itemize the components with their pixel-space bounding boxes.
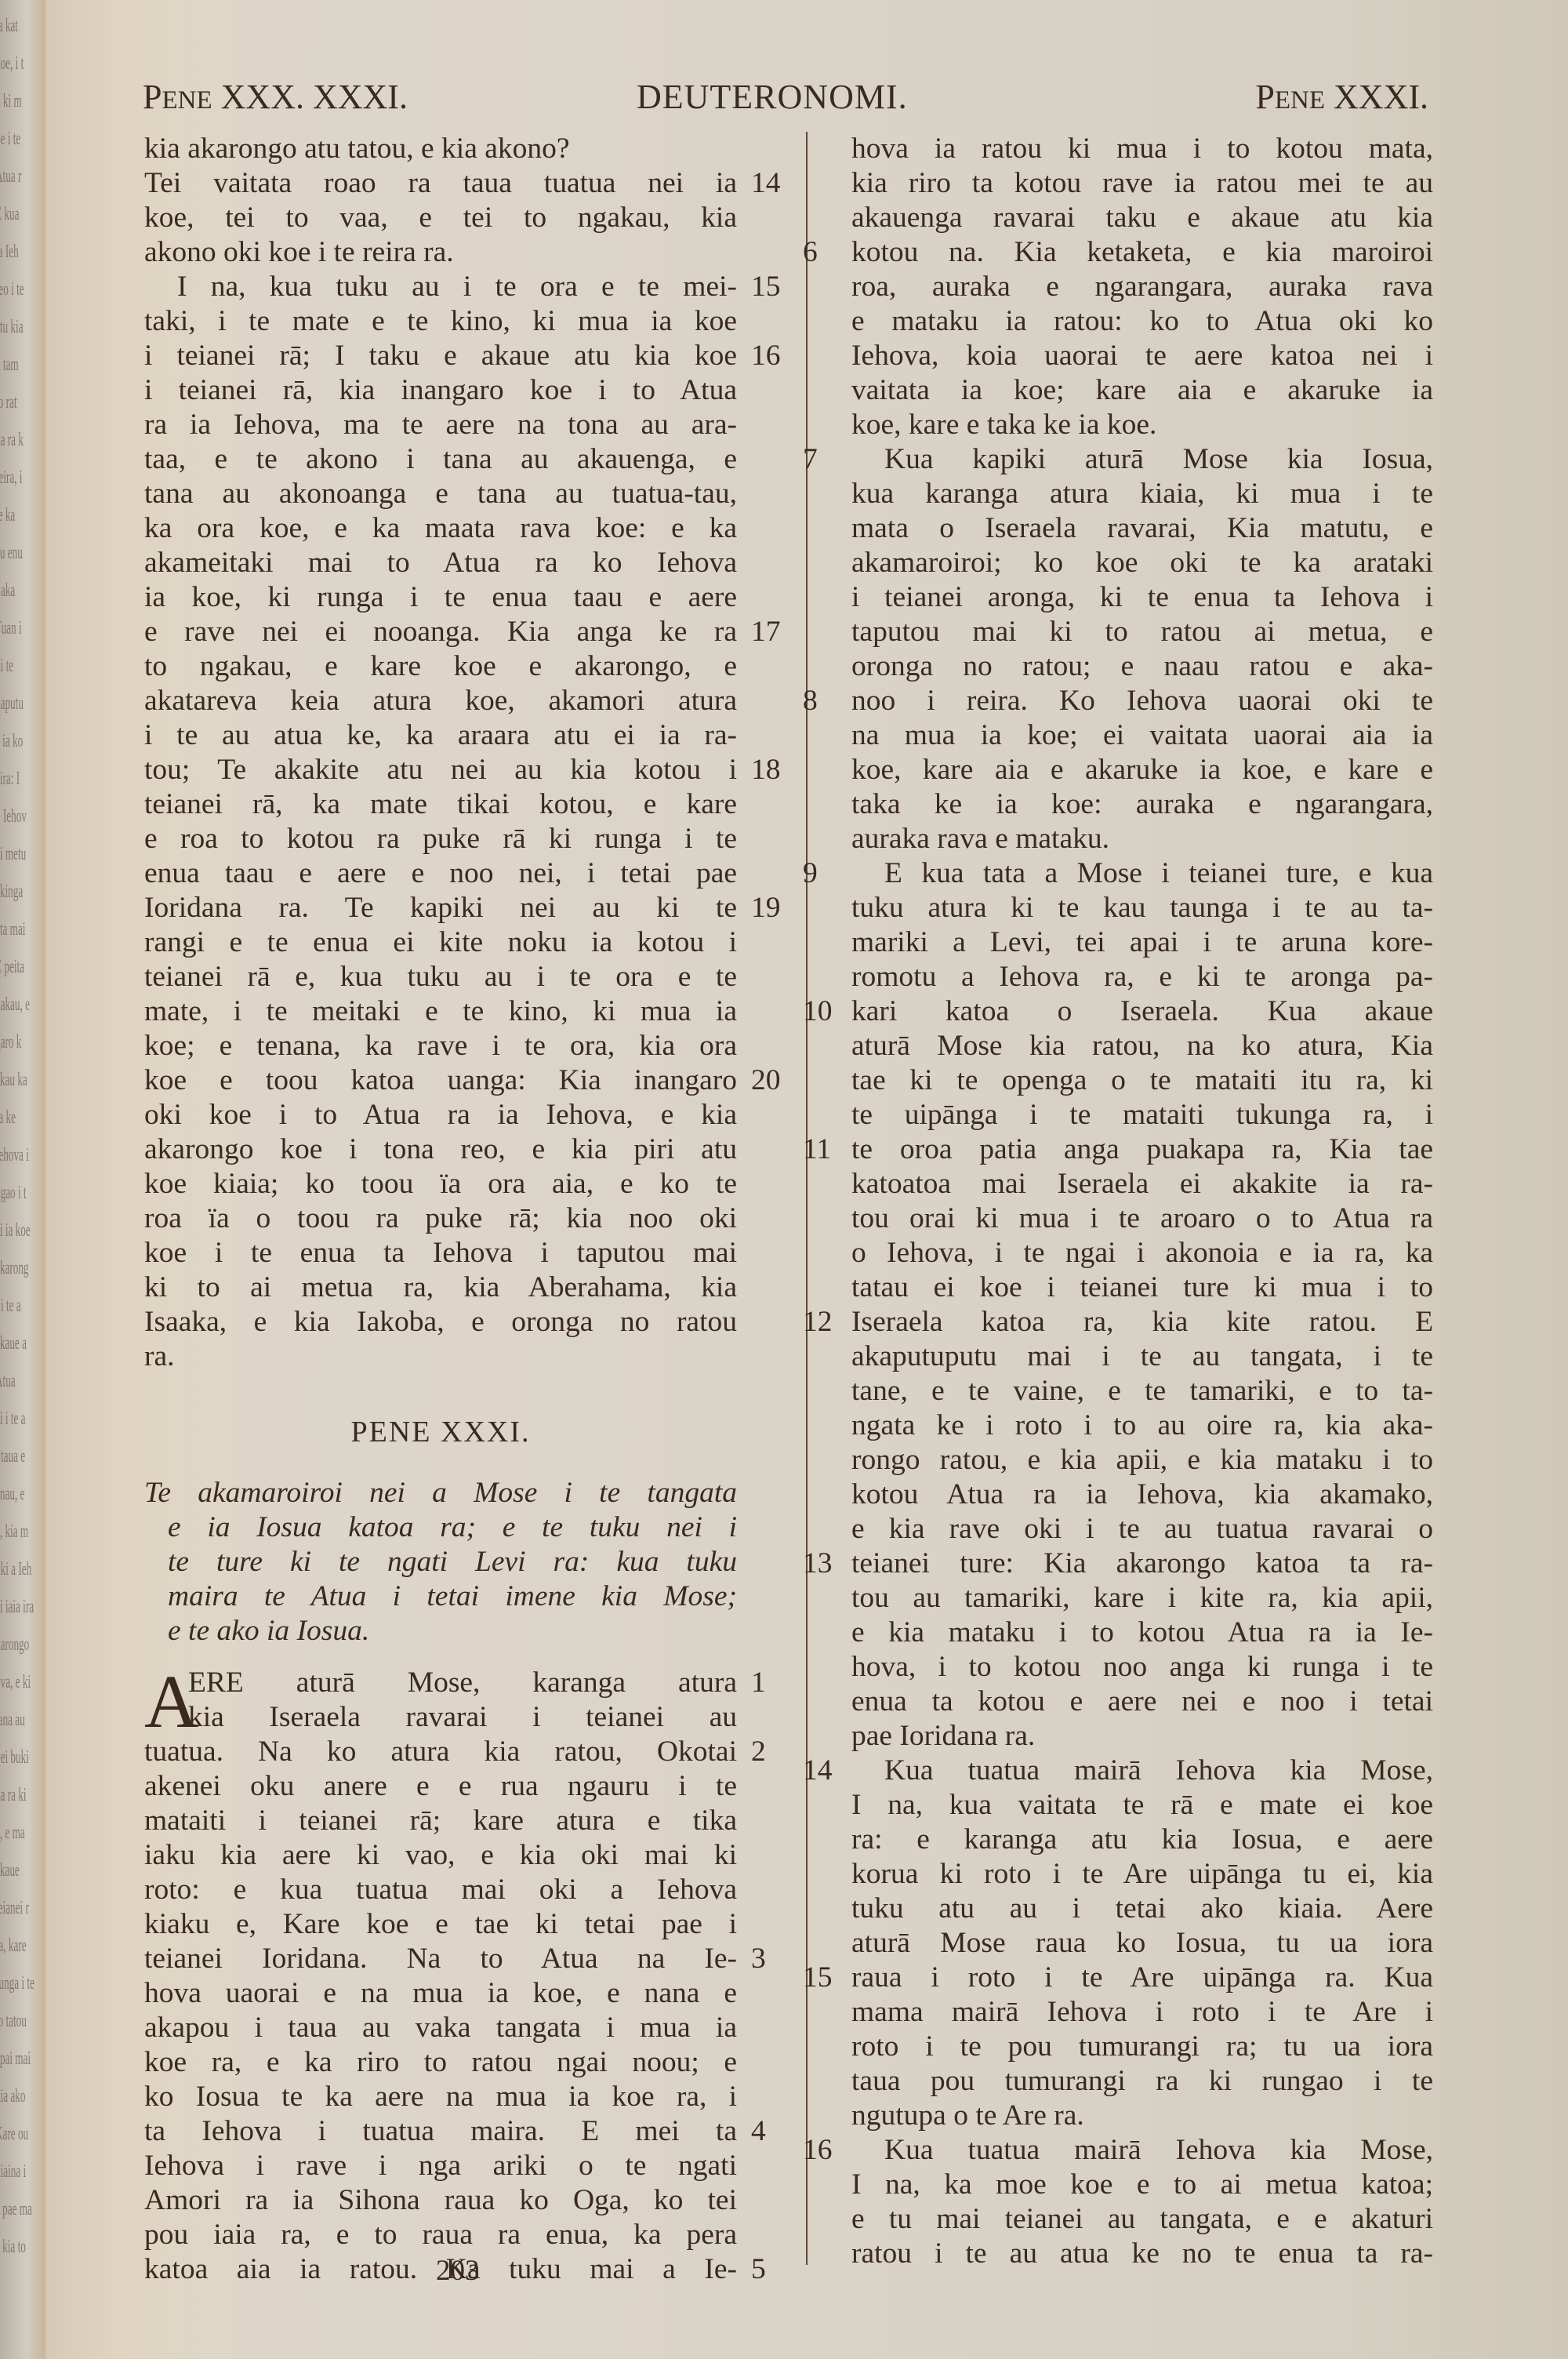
line-text: e kia rave oki i te au tuatua ravarai o — [851, 1513, 1433, 1545]
line-text: ka ora koe, e ka maata rava koe: e ka — [144, 512, 737, 544]
verse-number: 6 — [803, 235, 844, 270]
text-line: pae Ioridana ra. — [851, 1719, 1433, 1754]
running-head: PENE XXX. XXXI. DEUTERONOMI. PENE XXXI. — [143, 77, 1428, 119]
chapter-31-text-left: tuatua. Na ko atura kia ratou, Okotai2ak… — [144, 1735, 737, 2287]
previous-page-fragment: tana au — [0, 1710, 25, 1731]
previous-page-fragment: to rat — [0, 392, 16, 413]
text-line: tou orai ki mua i te aroaro o to Atua ra — [851, 1201, 1433, 1236]
previous-page-fragment: akau ka — [0, 1070, 27, 1091]
line-text: i teianei aronga, ki te enua ta Iehova i — [851, 581, 1433, 613]
line-text: tuku atu au i tetai ako kiaia. Aere — [851, 1892, 1433, 1925]
text-line: ra. — [144, 1339, 737, 1374]
verse-number: 5 — [751, 2252, 798, 2287]
line-text: ra. — [144, 1340, 175, 1372]
line-text: akameitaki mai to Atua ra ko Iehova — [144, 547, 737, 579]
line-text: Iehova i rave i nga ariki o te ngati — [144, 2150, 737, 2182]
line-text: roa ïa o toou ra puke rā; kia noo oki — [144, 1202, 737, 1234]
previous-page-fragment: na ra k — [0, 430, 24, 451]
line-text: ta Iehova i tuatua maira. E mei ta — [144, 2115, 737, 2147]
line-text: koe, kare aia e akaruke ia koe, e kare e — [851, 754, 1433, 786]
text-line: tuatua. Na ko atura kia ratou, Okotai2 — [144, 1735, 737, 1769]
book-title: DEUTERONOMI. — [637, 77, 908, 117]
text-line: romotu a Iehova ra, e ki te aronga pa- — [851, 960, 1433, 994]
previous-page-fragment: kaputu — [0, 693, 24, 714]
line-text: mata o Iseraela ravarai, Kia matutu, e — [851, 512, 1433, 544]
line-text: koe, tei to vaa, e tei to ngakau, kia — [144, 202, 737, 234]
line-text: to ngakau, e kare koe e akarongo, e — [144, 650, 737, 682]
previous-page-fragment: akaue a — [0, 1333, 27, 1354]
line-text: vaitata ia koe; kare aia e akaruke ia — [851, 374, 1433, 406]
line-text: katoatoa mai Iseraela ei akakite ia ra- — [851, 1168, 1433, 1200]
text-line: ko Iosua te ka aere na mua ia koe ra, i — [144, 2080, 737, 2114]
text-line: e kia mataku i to kotou Atua ra ia Ie- — [851, 1616, 1433, 1650]
text-line: roa ïa o toou ra puke rā; kia noo oki — [144, 1201, 737, 1236]
line-text: e roa to kotou ra puke rā ki runga i te — [144, 823, 737, 855]
text-line: akenei oku anere e e rua ngauru i te — [144, 1769, 737, 1804]
text-line: roa, auraka e ngarangara, auraka rava — [851, 270, 1433, 304]
text-line: kia riro ta kotou rave ia ratou mei te a… — [851, 166, 1433, 201]
line-text: tuatua. Na ko atura kia ratou, Okotai — [144, 1736, 737, 1768]
line-text: taa, e te akono i tana au akauenga, e — [144, 443, 737, 475]
line-text: pae Ioridana ra. — [851, 1720, 1035, 1752]
previous-page-edge: ia katkoe, i tu ki moe i teAtua rE kuaia… — [0, 0, 45, 2359]
text-line: auraka rava e mataku. — [851, 822, 1433, 856]
text-line: Ioridana ra. Te kapiki nei au ki te19 — [144, 891, 737, 925]
verse-number: 12 — [803, 1305, 844, 1339]
text-line: te oroa patia anga puakapa ra, Kia tae11 — [851, 1132, 1433, 1167]
text-line: ia koe, ki runga i te enua taau e aere — [144, 580, 737, 615]
line-text: te oroa patia anga puakapa ra, Kia tae — [851, 1133, 1433, 1165]
text-line: ra: e karanga atu kia Iosua, e aere — [851, 1823, 1433, 1857]
text-line: kotou Atua ra ia Iehova, kia akamako, — [851, 1478, 1433, 1512]
text-line: oki koe i to Atua ra ia Iehova, e kia — [144, 1098, 737, 1132]
previous-page-fragment: akarong — [0, 1258, 29, 1279]
previous-page-fragment: ei iaia ira — [0, 1597, 34, 1618]
previous-page-fragment: koe, i t — [0, 53, 24, 75]
text-line: taa, e te akono i tana au akauenga, e — [144, 442, 737, 477]
line-text: mariki a Levi, tei apai i te aruna kore- — [851, 926, 1433, 958]
previous-page-fragment: a ia ko — [0, 731, 23, 752]
text-line: I na, kua tuku au i te ora e te mei-15 — [144, 270, 737, 304]
text-line: koe, kare aia e akaruke ia koe, e kare e — [851, 753, 1433, 787]
running-head-right-initial: P — [1255, 78, 1274, 116]
text-line: Isaaka, e kia Iakoba, e oronga no ratou — [144, 1305, 737, 1339]
line-text: kua karanga atura kiaia, ki mua i te — [851, 478, 1433, 510]
line-text: e te ako ia Iosua. — [168, 1615, 369, 1647]
line-text: ratou i te au atua ke no te enua ta ra- — [851, 2237, 1433, 2270]
previous-page-fragment: a kia to — [0, 2237, 26, 2258]
text-line: te ture ki te ngati Levi ra: kua tuku — [144, 1545, 737, 1579]
text-line: tae ki te openga o te mataiti itu ra, ki — [851, 1063, 1433, 1098]
text-line: mate, i te meitaki e te kino, ki mua ia — [144, 994, 737, 1029]
left-text-column: kia akarongo atu tatou, e kia akono?Tei … — [144, 132, 737, 2287]
line-text: enua taau e aere e noo nei, i tetai pae — [144, 857, 737, 889]
line-text: Isaaka, e kia Iakoba, e oronga no ratou — [144, 1306, 737, 1338]
previous-page-fragment: to tatou — [0, 2011, 27, 2032]
line-text: kotou na. Kia ketaketa, e kia maroiroi — [851, 236, 1433, 268]
text-line: ngutupa o te Are ra. — [851, 2099, 1433, 2133]
chapter-30-text: kia akarongo atu tatou, e kia akono?Tei … — [144, 132, 737, 1374]
running-head-left-smallcaps: ENE — [162, 86, 212, 114]
text-line: Tei vaitata roao ra taua tuatua nei ia14 — [144, 166, 737, 201]
line-text: o Iehova, i te ngai i akonoia e ia ra, k… — [851, 1237, 1433, 1269]
previous-page-fragment: au enu — [0, 543, 23, 564]
previous-page-fragment: ua ra ki — [0, 1785, 27, 1806]
text-line: teianei Ioridana. Na to Atua na Ie-3 — [144, 1942, 737, 1976]
line-text: Kua tuatua mairā Iehova kia Mose, — [884, 1754, 1433, 1787]
line-text: Ioridana ra. Te kapiki nei au ki te — [144, 892, 737, 924]
text-line: koe kiaia; ko toou ïa ora aia, e ko te — [144, 1167, 737, 1201]
line-text: taputou mai ki to ratou ai metua, e — [851, 616, 1433, 648]
previous-page-fragment: Atua — [0, 1371, 16, 1392]
text-line: i teianei rā; I taku e akaue atu kia koe… — [144, 339, 737, 373]
line-text: na mua ia koe; ei vaitata uaorai aia ia — [851, 719, 1433, 751]
previous-page-fragment: reo i te — [0, 279, 24, 300]
text-line: koe; e tenana, ka rave i te ora, kia ora — [144, 1029, 737, 1063]
line-text: tou orai ki mua i te aroaro o to Atua ra — [851, 1202, 1433, 1234]
text-line: tou; Te akakite atu nei au kia kotou i18 — [144, 753, 737, 787]
line-text: noo i reira. Ko Iehova uaorai oki te — [851, 685, 1433, 717]
text-line: hova uaorai e na mua ia koe, e nana e — [144, 1976, 737, 2011]
line-text: iaku kia aere ki vao, e kia oki mai ki — [144, 1839, 737, 1871]
chapter-summary: Te akamaroiroi nei a Mose i te tangatae … — [144, 1476, 737, 1648]
line-text: oki koe i to Atua ra ia Iehova, e kia — [144, 1099, 737, 1131]
text-line: noo i reira. Ko Iehova uaorai oki te8 — [851, 684, 1433, 718]
page-number: 203 — [436, 2254, 480, 2288]
previous-page-fragment: gakau, e — [0, 994, 30, 1016]
text-line: pou iaia ra, e to raua ra enua, ka pera — [144, 2218, 737, 2252]
line-text: auraka rava e mataku. — [851, 823, 1109, 855]
verse-number: 18 — [751, 753, 798, 787]
line-text: ra: e karanga atu kia Iosua, e aere — [851, 1823, 1433, 1856]
text-line: e rave nei ei nooanga. Kia anga ke ra17 — [144, 615, 737, 649]
text-line: e kia rave oki i te au tuatua ravarai o — [851, 1512, 1433, 1547]
verse-number: 9 — [803, 856, 844, 891]
text-line: enua taau e aere e noo nei, i tetai pae — [144, 856, 737, 891]
text-line: Kua tuatua mairā Iehova kia Mose,16 — [851, 2133, 1433, 2168]
text-line: oronga no ratou; e naau ratou e aka- — [851, 649, 1433, 684]
text-line: taka ke ia koe: auraka e ngarangara, — [851, 787, 1433, 822]
line-text: hova, i to kotou noo anga ki runga i te — [851, 1651, 1433, 1683]
text-line: tane, e te vaine, e te tamariki, e to ta… — [851, 1374, 1433, 1408]
text-line: taua pou tumurangi ra ki rungao i te — [851, 2064, 1433, 2099]
text-line: akauenga ravarai taku e akaue atu kia — [851, 201, 1433, 235]
text-line: koe, kare e taka ke ia koe. — [851, 408, 1433, 442]
line-text: tou; Te akakite atu nei au kia kotou i — [144, 754, 737, 786]
text-line: mariki a Levi, tei apai i te aruna kore- — [851, 925, 1433, 960]
line-text: koe kiaia; ko toou ïa ora aia, e ko te — [144, 1168, 737, 1200]
text-line: Iseraela katoa ra, kia kite ratou. E12 — [851, 1305, 1433, 1339]
text-line: kua karanga atura kiaia, ki mua i te — [851, 477, 1433, 511]
text-line: ratou i te au atua ke no te enua ta ra- — [851, 2237, 1433, 2271]
line-text: akarongo koe i tona reo, e kia piri atu — [144, 1133, 737, 1165]
text-line: iaku kia aere ki vao, e kia oki mai ki — [144, 1838, 737, 1873]
previous-page-fragment: u tam — [0, 354, 19, 376]
text-line: Iehova, koia uaorai te aere katoa nei i — [851, 339, 1433, 373]
line-text: akenei oku anere e e rua ngauru i te — [144, 1770, 737, 1802]
line-text: koe, kare e taka ke ia koe. — [851, 409, 1156, 441]
text-line: ngata ke i roto i to au oire ra, kia aka… — [851, 1408, 1433, 1443]
line-text: tatau ei koe i teianei ture ki mua i to — [851, 1271, 1433, 1303]
line-text: ia koe, ki runga i te enua taau e aere — [144, 581, 737, 613]
previous-page-fragment: ie ka — [0, 505, 15, 526]
text-line: katoatoa mai Iseraela ei akakite ia ra- — [851, 1167, 1433, 1201]
right-text-column: hova ia ratou ki mua i to kotou mata,kia… — [851, 132, 1433, 2271]
previous-page-fragment: teianei r — [0, 1898, 29, 1919]
line-text: e kia mataku i to kotou Atua ra ia Ie- — [851, 1616, 1433, 1648]
line-text: akapou i taua au vaka tangata i mua ia — [144, 2012, 737, 2044]
previous-page-fragment: ngao i t — [0, 1183, 27, 1204]
previous-page-fragment: anau, e — [0, 1484, 24, 1505]
text-line: roto: e kua tuatua mai oki a Iehova — [144, 1873, 737, 1907]
text-line: ra ia Iehova, ma te aere na tona au ara- — [144, 408, 737, 442]
previous-page-fragment: oe i te — [0, 129, 20, 150]
verse-number: 1 — [751, 1666, 798, 1700]
line-text: I na, ka moe koe e to ai metua katoa; — [851, 2168, 1433, 2201]
line-text: teianei rā, ka mate tikai kotou, e kare — [144, 788, 737, 820]
line-text: hova uaorai e na mua ia koe, e nana e — [144, 1977, 737, 2009]
line-text: teianei ture: Kia akarongo katoa ta ra- — [851, 1547, 1433, 1579]
previous-page-fragment: u ki m — [0, 91, 22, 112]
previous-page-fragment: Atua r — [0, 166, 21, 187]
drop-cap-lines: ERE aturā Mose, karanga atura1kia Iserae… — [144, 1666, 737, 1735]
line-text: kia riro ta kotou rave ia ratou mei te a… — [851, 167, 1433, 199]
text-line: teianei rā, ka mate tikai kotou, e kare — [144, 787, 737, 822]
line-text: e tu mai teianei au tangata, e e akaturi — [851, 2203, 1433, 2235]
line-text: ki to ai metua ra, kia Aberahama, kia — [144, 1271, 737, 1303]
line-text: Tei vaitata roao ra taua tuatua nei ia — [144, 167, 737, 199]
previous-page-fragment: runga i te — [0, 1973, 34, 1994]
previous-page-fragment: kia ako — [0, 2086, 25, 2107]
line-text: taki, i te mate e te kino, ki mua ia koe — [144, 305, 737, 337]
line-text: raua i roto i te Are uipānga ra. Kua — [851, 1961, 1433, 1994]
line-text: e ia Iosua katoa ra; e te tuku nei i — [168, 1511, 737, 1543]
text-line: mata o Iseraela ravarai, Kia matutu, e — [851, 511, 1433, 546]
text-line: Iehova i rave i nga ariki o te ngati — [144, 2149, 737, 2183]
line-text: Iehova, koia uaorai te aere katoa nei i — [851, 340, 1433, 372]
running-head-right: PENE XXXI. — [1255, 77, 1428, 117]
text-line: akaputuputu mai i te au tangata, i te — [851, 1339, 1433, 1374]
text-line: kia Iseraela ravarai i teianei au — [188, 1700, 737, 1735]
verse-number: 16 — [803, 2133, 844, 2168]
previous-page-fragment: E peita — [0, 957, 24, 978]
text-line: hova ia ratou ki mua i to kotou mata, — [851, 132, 1433, 166]
previous-page-fragment: Kare ou — [0, 2124, 28, 2145]
line-text: enua ta kotou e aere nei e noo i tetai — [851, 1685, 1433, 1717]
previous-page-fragment: i i te a — [0, 1296, 21, 1317]
text-line: ka ora koe, e ka maata rava koe: e ka — [144, 511, 737, 546]
line-text: te uipānga i te mataiti tukunga ra, i — [851, 1099, 1433, 1131]
line-text: akauenga ravarai taku e akaue atu kia — [851, 202, 1433, 234]
line-text: taka ke ia koe: auraka e ngarangara, — [851, 788, 1433, 820]
text-line: taki, i te mate e te kino, ki mua ia koe — [144, 304, 737, 339]
text-line: tatau ei koe i teianei ture ki mua i to — [851, 1270, 1433, 1305]
line-text: akamaroiroi; ko koe oki te ka arataki — [851, 547, 1433, 579]
verse-number: 15 — [803, 1961, 844, 1995]
chapter-opening: A ERE aturā Mose, karanga atura1kia Iser… — [144, 1666, 737, 1735]
line-text: maira te Atua i tetai imene kia Mose; — [168, 1580, 737, 1612]
text-line: tuku atu au i tetai ako kiaia. Aere — [851, 1892, 1433, 1926]
text-line: E kua tata a Mose i teianei ture, e kua9 — [851, 856, 1433, 891]
previous-page-fragment: ai metu — [0, 844, 26, 865]
text-line: koe i te enua ta Iehova i taputou mai — [144, 1236, 737, 1270]
verse-number: 8 — [803, 684, 844, 718]
chapter-31-text-right: hova ia ratou ki mua i to kotou mata,kia… — [851, 132, 1433, 2271]
line-text: Kua tuatua mairā Iehova kia Mose, — [884, 2134, 1433, 2166]
line-text: kari katoa o Iseraela. Kua akaue — [851, 995, 1433, 1027]
previous-page-fragment: Iehova i — [0, 1145, 29, 1166]
line-text: teianei rā e, kua tuku au i te ora e te — [144, 961, 737, 993]
text-line: maira te Atua i tetai imene kia Mose; — [144, 1579, 737, 1614]
running-head-left-chapters: XXX. XXXI. — [212, 78, 408, 116]
previous-page-fragment: ai ia koe — [0, 1220, 31, 1241]
line-text: te ture ki te ngati Levi ra: kua tuku — [168, 1546, 737, 1578]
text-line: akono oki koe i te reira ra. — [144, 235, 737, 270]
line-text: hova ia ratou ki mua i to kotou mata, — [851, 133, 1433, 165]
line-text: romotu a Iehova ra, e ki te aronga pa- — [851, 961, 1433, 993]
text-line: akapou i taua au vaka tangata i mua ia — [144, 2011, 737, 2045]
previous-page-fragment: reira, i — [0, 467, 22, 489]
line-text: Te akamaroiroi nei a Mose i te tangata — [144, 1477, 737, 1509]
text-line: kotou na. Kia ketaketa, e kia maroiroi6 — [851, 235, 1433, 270]
text-line: mama mairā Iehova i roto i te Are i — [851, 1995, 1433, 2030]
text-line: i te au atua ke, ka araara atu ei ia ra- — [144, 718, 737, 753]
text-line: rongo ratou, e kia apii, e kia mataku i … — [851, 1443, 1433, 1478]
line-text: tuku atura ki te kau taunga i te au ta- — [851, 892, 1433, 924]
line-text: aturā Mose kia ratou, na ko atura, Kia — [851, 1030, 1433, 1062]
text-line: Te akamaroiroi nei a Mose i te tangata — [144, 1476, 737, 1510]
text-line: kiaku e, Kare koe e tae ki tetai pae i — [144, 1907, 737, 1942]
line-text: e rave nei ei nooanga. Kia anga ke ra — [144, 616, 737, 648]
previous-page-fragment: a pae ma — [0, 2199, 32, 2220]
verse-number: 2 — [751, 1735, 798, 1769]
text-line: tana au akonoanga e tana au tuatua-tau, — [144, 477, 737, 511]
text-line: akameitaki mai to Atua ra ko Iehova — [144, 546, 737, 580]
verse-number: 13 — [803, 1547, 844, 1581]
previous-page-fragment: ki te — [0, 656, 13, 677]
line-text: kotou Atua ra ia Iehova, kia akamako, — [851, 1478, 1433, 1510]
text-line: e tu mai teianei au tangata, e e akaturi — [851, 2202, 1433, 2237]
text-line: koe ra, e ka riro to ratou ngai noou; e — [144, 2045, 737, 2080]
verse-number: 15 — [751, 270, 798, 304]
line-text: I na, kua vaitata te rā e mate ei koe — [851, 1789, 1433, 1821]
previous-page-fragment: i taua e — [0, 1446, 25, 1467]
previous-page-fragment: garo k — [0, 1032, 21, 1053]
line-text: akatareva keia atura koe, akamori atura — [144, 685, 737, 717]
previous-page-fragment: ova, e ki — [0, 1672, 31, 1693]
previous-page-fragment: atu kia — [0, 317, 24, 338]
text-line: enua ta kotou e aere nei e noo i tetai — [851, 1685, 1433, 1719]
line-text: kiaku e, Kare koe e tae ki tetai pae i — [144, 1908, 737, 1940]
line-text: koe e toou katoa uanga: Kia inangaro — [144, 1064, 737, 1096]
line-text: oronga no ratou; e naau ratou e aka- — [851, 650, 1433, 682]
line-text: teianei Ioridana. Na to Atua na Ie- — [144, 1943, 737, 1975]
text-line: ta Iehova i tuatua maira. E mei ta4 — [144, 2114, 737, 2149]
previous-page-fragment: akinga — [0, 881, 23, 903]
text-line: raua i roto i te Are uipānga ra. Kua15 — [851, 1961, 1433, 1995]
line-text: E kua tata a Mose i teianei ture, e kua — [884, 857, 1433, 889]
previous-page-fragment: ra ke — [0, 1107, 16, 1129]
verse-number: 20 — [751, 1063, 798, 1098]
text-line: ERE aturā Mose, karanga atura1 — [188, 1666, 737, 1700]
text-line: vaitata ia koe; kare aia e akaruke ia — [851, 373, 1433, 408]
previous-page-fragment: oki a Ieh — [0, 1559, 31, 1580]
line-text: tae ki te openga o te mataiti itu ra, ki — [851, 1064, 1433, 1096]
line-text: I na, kua tuku au i te ora e te mei- — [177, 271, 737, 303]
chapter-heading: PENE XXXI. — [144, 1415, 737, 1449]
text-line: akarongo koe i tona reo, e kia piri atu — [144, 1132, 737, 1167]
previous-page-fragment: ata mai — [0, 919, 25, 940]
line-text: mataiti i teianei rā; kare atura e tika — [144, 1805, 737, 1837]
line-text: pou iaia ra, e to raua ra enua, ka pera — [144, 2219, 737, 2251]
line-text: e mataku ia ratou: ko to Atua oki ko — [851, 305, 1433, 337]
line-text: taua pou tumurangi ra ki rungao i te — [851, 2065, 1433, 2097]
line-text: rongo ratou, e kia apii, e kia mataku i … — [851, 1444, 1433, 1476]
verse-number: 14 — [803, 1754, 844, 1788]
running-head-right-chapter: XXXI. — [1325, 78, 1428, 116]
line-text: Amori ra ia Sihona raua ko Oga, ko tei — [144, 2184, 737, 2216]
text-line: e roa to kotou ra puke rā ki runga i te — [144, 822, 737, 856]
previous-page-fragment: a, e ma — [0, 1823, 25, 1844]
previous-page-fragment: nei buki — [0, 1747, 29, 1768]
text-line: te uipānga i te mataiti tukunga ra, i — [851, 1098, 1433, 1132]
text-line: ki to ai metua ra, kia Aberahama, kia — [144, 1270, 737, 1305]
text-line: Kua kapiki aturā Mose kia Iosua,7 — [851, 442, 1433, 477]
previous-page-fragment: o Iehov — [0, 806, 27, 827]
text-line: teianei ture: Kia akarongo katoa ta ra-1… — [851, 1547, 1433, 1581]
line-text: tana au akonoanga e tana au tuatua-tau, — [144, 478, 737, 510]
text-line: i teianei rā, kia inangaro koe i to Atua — [144, 373, 737, 408]
text-line: e ia Iosua katoa ra; e te tuku nei i — [144, 1510, 737, 1545]
line-text: Iseraela katoa ra, kia kite ratou. E — [851, 1306, 1433, 1338]
previous-page-fragment: ia kat — [0, 16, 18, 37]
text-line: tuku atura ki te kau taunga i te au ta- — [851, 891, 1433, 925]
previous-page-fragment: eira: I — [0, 769, 20, 790]
line-text: kia akarongo atu tatou, e kia akono? — [144, 133, 570, 165]
verse-number: 10 — [803, 994, 844, 1029]
line-text: ra ia Iehova, ma te aere na tona au ara- — [144, 409, 737, 441]
text-line: koe e toou katoa uanga: Kia inangaro20 — [144, 1063, 737, 1098]
line-text: ngata ke i roto i to au oire ra, kia aka… — [851, 1409, 1433, 1441]
verse-number: 19 — [751, 891, 798, 925]
previous-page-fragment: E kua — [0, 204, 19, 225]
text-line: Amori ra ia Sihona raua ko Oga, ko tei — [144, 2183, 737, 2218]
line-text: i teianei rā, kia inangaro koe i to Atua — [144, 374, 737, 406]
text-line: rangi e te enua ei kite noku ia kotou i — [144, 925, 737, 960]
text-line: taputou mai ki to ratou ai metua, e — [851, 615, 1433, 649]
text-line: akatareva keia atura koe, akamori atura — [144, 684, 737, 718]
line-text: aturā Mose raua ko Iosua, tu ua iora — [851, 1927, 1433, 1959]
line-text: koe ra, e ka riro to ratou ngai noou; e — [144, 2046, 737, 2078]
previous-page-fragment: ra, kare — [0, 1936, 27, 1957]
previous-page-fragment: kiaina i — [0, 2161, 26, 2183]
text-line: I na, ka moe koe e to ai metua katoa; — [851, 2168, 1433, 2202]
previous-page-fragment: ia Ieh — [0, 242, 19, 263]
line-text: rangi e te enua ei kite noku ia kotou i — [144, 926, 737, 958]
text-line: e te ako ia Iosua. — [144, 1614, 737, 1648]
text-line: aturā Mose raua ko Iosua, tu ua iora — [851, 1926, 1433, 1961]
verse-number: 11 — [803, 1132, 844, 1167]
text-line: o Iehova, i te ngai i akonoia e ia ra, k… — [851, 1236, 1433, 1270]
text-line: koe, tei to vaa, e tei to ngakau, kia — [144, 201, 737, 235]
line-text: mama mairā Iehova i roto i te Are i — [851, 1996, 1433, 2028]
text-line: mataiti i teianei rā; kare atura e tika — [144, 1804, 737, 1838]
text-line: e mataku ia ratou: ko to Atua oki ko — [851, 304, 1433, 339]
running-head-left: PENE XXX. XXXI. — [143, 77, 408, 117]
line-text: ko Iosua te ka aere na mua ia koe ra, i — [144, 2081, 737, 2113]
previous-page-fragment: apai mai — [0, 2048, 31, 2070]
line-text: Kua kapiki aturā Mose kia Iosua, — [884, 443, 1433, 475]
